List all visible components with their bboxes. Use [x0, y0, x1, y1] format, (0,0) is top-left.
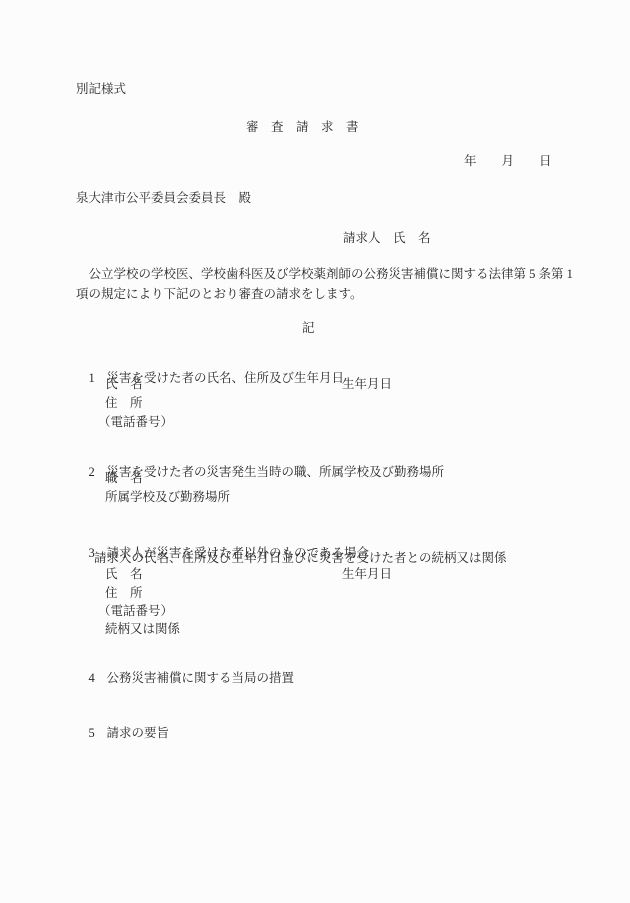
section-2-job-title-field-label: 職 名 [105, 471, 143, 485]
section-1-birthdate-field-label: 生年月日 [342, 377, 392, 391]
section-2-heading: 災害を受けた者の災害発生当時の職、所属学校及び勤務場所 [107, 465, 445, 479]
section-3-subheading: 請求人の氏名、住所及び生年月日並びに災害を受けた者との続柄又は関係 [94, 551, 507, 565]
section-4-heading: 公務災害補償に関する当局の措置 [107, 671, 295, 685]
section-4-heading-line: 4公務災害補償に関する当局の措置 [76, 657, 294, 700]
opening-paragraph-line2: 項の規定により下記のとおり審査の請求をします。 [76, 287, 363, 301]
document-page: 別記様式 審 査 請 求 書 年 月 日 泉大津市公平委員会委員長 殿 請求人 … [0, 0, 630, 903]
addressee-line: 泉大津市公平委員会委員長 殿 [76, 191, 251, 205]
section-3-name-field-label: 氏 名 [105, 567, 143, 581]
record-marker: 記 [302, 321, 315, 335]
opening-paragraph-line1: 公立学校の学校医、学校歯科医及び学校薬剤師の公務災害補償に関する法律第 5 条第… [76, 267, 573, 281]
section-1-name-field-label: 氏 名 [105, 377, 143, 391]
section-3-phone-field-label: （電話番号） [98, 604, 173, 618]
section-1-number: 1 [89, 371, 107, 385]
section-4-number: 4 [89, 671, 107, 685]
section-5-number: 5 [89, 726, 107, 740]
section-1-address-field-label: 住 所 [105, 396, 143, 410]
document-title: 審 査 請 求 書 [246, 120, 359, 134]
claimant-name-label: 請求人 氏 名 [343, 231, 431, 245]
section-2-school-workplace-field-label: 所属学校及び勤務場所 [105, 490, 230, 504]
section-3-relationship-field-label: 続柄又は関係 [105, 622, 180, 636]
section-5-heading-line: 5請求の要旨 [76, 712, 169, 755]
form-style-label: 別記様式 [76, 82, 126, 96]
section-3-address-field-label: 住 所 [105, 586, 143, 600]
section-5-heading: 請求の要旨 [107, 726, 170, 740]
section-3-birthdate-field-label: 生年月日 [342, 567, 392, 581]
section-1-phone-field-label: （電話番号） [98, 415, 173, 429]
date-placeholder: 年 月 日 [464, 154, 552, 168]
section-2-number: 2 [89, 465, 107, 479]
